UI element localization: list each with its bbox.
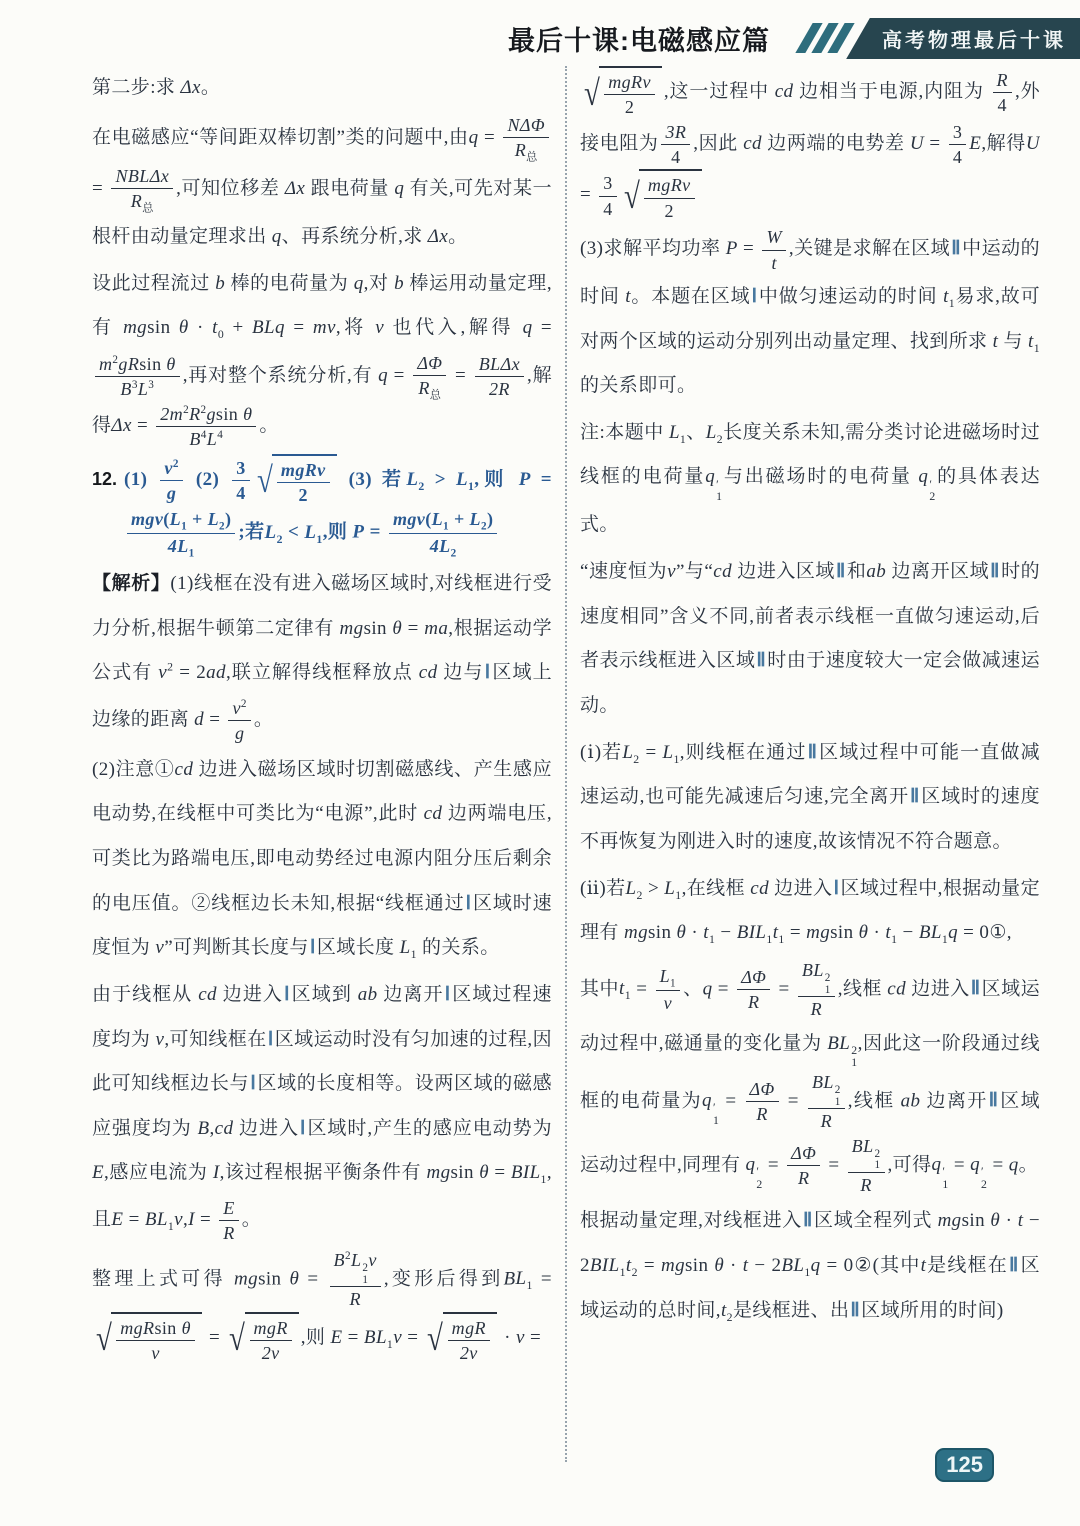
double-rod-paragraph: 在电磁感应“等间距双棒切割”类的问题中,由q = NΔΦR总 = NBLΔxR总… bbox=[92, 113, 552, 260]
fraction: ΔΦR bbox=[737, 965, 770, 1015]
fraction: mgv(L1 + L2)4L1 bbox=[127, 507, 235, 560]
two-column-body: 第二步:求 Δx。在电磁感应“等间距双棒切割”类的问题中,由q = NΔΦR总 … bbox=[92, 66, 1040, 1462]
fraction: BL21R bbox=[848, 1134, 885, 1198]
region-marker: Ⅱ bbox=[849, 1300, 861, 1321]
fraction: 3R4 bbox=[661, 120, 690, 170]
region-marker: Ⅰ bbox=[750, 286, 758, 307]
item-12-answers: 12.(1) v2g (2) 34√mgRv2 (3) 若L2 > L1,则 P… bbox=[92, 454, 552, 560]
region-marker: Ⅱ bbox=[807, 742, 820, 763]
series-banner: 高考物理最后十课 bbox=[846, 18, 1080, 59]
textbook-page: 最后十课:电磁感应篇 高考物理最后十课 第二步:求 Δx。在电磁感应“等间距双棒… bbox=[0, 0, 1080, 1526]
fraction: L1v bbox=[656, 964, 680, 1015]
left-column: 第二步:求 Δx。在电磁感应“等间距双棒切割”类的问题中,由q = NΔΦR总 … bbox=[92, 66, 552, 1462]
note-paragraph: 注:本题中 L1、L2长度关系未知,需分类讨论进磁场时过线框的电荷量q′1与出磁… bbox=[580, 411, 1040, 548]
radical: √mgRv2 bbox=[255, 454, 337, 508]
region-marker: Ⅱ bbox=[988, 1090, 1001, 1111]
slash-decoration-icon bbox=[804, 23, 846, 53]
chapter-title: 最后十课:电磁感应篇 bbox=[508, 19, 770, 58]
region-marker: Ⅰ bbox=[309, 937, 317, 958]
fraction: mgRv2 bbox=[644, 173, 695, 223]
fraction: R4 bbox=[993, 68, 1012, 118]
fraction: 34 bbox=[599, 171, 616, 221]
step2-heading: 第二步:求 Δx。 bbox=[92, 66, 552, 111]
fraction: BL21R bbox=[808, 1070, 845, 1134]
column-divider bbox=[565, 66, 567, 1462]
region-marker: Ⅰ bbox=[465, 893, 473, 914]
fraction: mgRv2 bbox=[604, 70, 655, 120]
region-marker: Ⅰ bbox=[832, 878, 840, 899]
cd-source-paragraph: √mgRv2,这一过程中 cd 边相当于电源,内阻为 R4,外接电阻为3R4,因… bbox=[580, 66, 1040, 223]
page-header: 最后十课:电磁感应篇 高考物理最后十课 bbox=[0, 16, 1080, 60]
fraction: BL21R bbox=[798, 958, 835, 1022]
momentum-full-process-paragraph: 根据动量定理,对线框进入Ⅱ区域全程列式 mgsin θ · t − 2BIL1t… bbox=[580, 1199, 1040, 1333]
analysis-part1-paragraph: 【解析】(1)线框在没有进入磁场区域时,对线框进行受力分析,根据牛顿第二定律有 … bbox=[92, 562, 552, 746]
region-marker: Ⅱ bbox=[970, 978, 982, 999]
case-ii-paragraph: (ⅱ)若L2 > L1,在线框 cd 边进入Ⅰ区域过程中,根据动量定理有 mgs… bbox=[580, 867, 1040, 956]
fraction: Wt bbox=[762, 225, 785, 275]
fraction: mgRv2 bbox=[277, 458, 330, 508]
fraction: mgR2v bbox=[250, 1316, 292, 1366]
region-marker: Ⅱ bbox=[835, 561, 847, 582]
rearrange-emf-paragraph: 整理上式可得 mgsin θ = B2L21vR,变形后得到BL1 = √mgR… bbox=[92, 1248, 552, 1366]
fraction: mgR2v bbox=[448, 1316, 490, 1366]
fraction: ΔΦR bbox=[746, 1077, 779, 1127]
fraction: v2g bbox=[228, 696, 250, 746]
fraction: v2g bbox=[160, 456, 182, 506]
case-i-paragraph: (ⅰ)若L2 = L1,则线框在通过Ⅱ区域过程中可能一直做减速运动,也可能先减速… bbox=[580, 731, 1040, 865]
fraction: mgv(L1 + L2)4L2 bbox=[389, 507, 497, 560]
fraction: B2L21vR bbox=[330, 1248, 381, 1312]
radical: √mgR2v bbox=[227, 1312, 298, 1366]
radical: √mgRv2 bbox=[622, 169, 702, 223]
radical: √mgR2v bbox=[425, 1312, 496, 1366]
region-marker: Ⅱ bbox=[1008, 1255, 1021, 1276]
region-marker: Ⅱ bbox=[755, 650, 767, 671]
fraction: 2m2R2gsin θB4L4 bbox=[156, 402, 256, 452]
fraction: ΔΦR bbox=[787, 1141, 820, 1191]
item-number: 12. bbox=[92, 458, 124, 500]
region-marker: Ⅱ bbox=[950, 238, 962, 259]
fraction: ER bbox=[219, 1196, 238, 1246]
region-marker: Ⅰ bbox=[444, 984, 453, 1005]
rod-b-derivation-paragraph: 设此过程流过 b 棒的电荷量为 q,对 b 棒运用动量定理,有 mgsin θ … bbox=[92, 262, 552, 452]
region-marker: Ⅱ bbox=[802, 1210, 814, 1231]
fraction: NΔΦR总 bbox=[503, 113, 549, 164]
fraction: ΔΦR总 bbox=[413, 351, 446, 402]
radical: √mgRv2 bbox=[582, 66, 662, 120]
fraction: NBLΔxR总 bbox=[111, 164, 173, 215]
region-marker: Ⅱ bbox=[989, 561, 1001, 582]
fraction: 34 bbox=[949, 120, 966, 170]
radical: √mgRsin θv bbox=[94, 1312, 202, 1366]
region-marker: Ⅱ bbox=[909, 786, 921, 807]
fraction: 34 bbox=[232, 456, 249, 506]
fraction: BLΔx2R bbox=[475, 352, 524, 402]
page-number-badge: 125 bbox=[935, 1448, 994, 1482]
region-marker: Ⅰ bbox=[267, 1029, 275, 1050]
series-banner-label: 高考物理最后十课 bbox=[882, 24, 1066, 53]
right-column: √mgRv2,这一过程中 cd 边相当于电源,内阻为 R4,外接电阻为3R4,因… bbox=[580, 66, 1040, 1462]
charge-derivation-paragraph: 其中t1 = L1v、q = ΔΦR = BL21R,线框 cd 边进入Ⅱ区域运… bbox=[580, 958, 1040, 1198]
region-marker: Ⅰ bbox=[283, 984, 292, 1005]
average-power-paragraph: (3)求解平均功率 P = Wt,关键是求解在区域Ⅱ中运动的时间 t。本题在区域… bbox=[580, 225, 1040, 409]
fraction: m2gRsin θB3L3 bbox=[95, 352, 180, 402]
uniform-speed-paragraph: 由于线框从 cd 边进入Ⅰ区域到 ab 边离开Ⅰ区域过程速度均为 v,可知线框在… bbox=[92, 973, 552, 1246]
analysis-part2-paragraph: (2)注意①cd 边进入磁场区域时切割磁感线、产生感应电动势,在线框中可类比为“… bbox=[92, 748, 552, 971]
constant-speed-meaning-paragraph: “速度恒为v”与“cd 边进入区域Ⅱ和ab 边离开区域Ⅱ时的速度相同”含义不同,… bbox=[580, 550, 1040, 729]
fraction: mgRsin θv bbox=[116, 1316, 195, 1366]
